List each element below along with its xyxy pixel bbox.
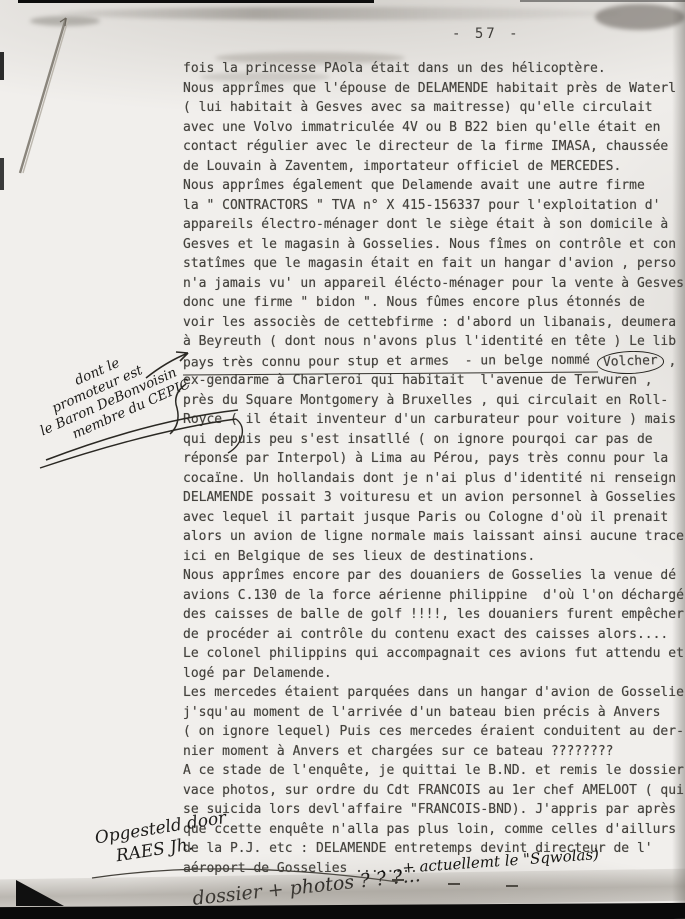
text-line: A ce stade de l'enquête, je quittai le B…: [183, 761, 683, 781]
text-line: alors un avion de ligne normale mais lai…: [183, 527, 683, 547]
scan-smudge: [60, 7, 620, 20]
text-line: DELAMENDE possait 3 voituresu et un avio…: [183, 488, 683, 508]
text-line: Nous apprîmes que l'épouse de DELAMENDE …: [183, 79, 683, 99]
text-line: Nous apprîmes encore par des douaniers d…: [183, 566, 683, 586]
text-line: ici en Belgique de ses lieux de destinat…: [183, 547, 683, 567]
text-line: logé par Delamende.: [183, 664, 683, 684]
text-line: des caisses de balle de golf !!!!, les d…: [183, 605, 683, 625]
text-line: vace photos, sur ordre du Cdt FRANCOIS a…: [183, 781, 683, 801]
text-line: statîmes que le magasin était en fait un…: [183, 254, 683, 274]
hand-drawn-arrow: [140, 344, 204, 386]
text-line: Nous apprîmes également que Delamende av…: [183, 176, 683, 196]
hand-drawn-swoosh: [36, 408, 251, 478]
text-line: à Beyreuth ( dont nous n'avons plus l'id…: [183, 332, 683, 352]
text-line: avec lequel il partait jusque Paris ou C…: [183, 508, 683, 528]
typed-lines: fois la princesse PAola était dans un de…: [183, 59, 683, 878]
text-line: de procéder ai contrôle du contenu exact…: [183, 625, 683, 645]
text-line: Gesves et le magasin à Gosselies. Nous f…: [183, 235, 683, 255]
text-line: se suicida lors devl'affaire "FRANCOIS-B…: [183, 800, 683, 820]
text-line: Le colonel philippins qui accompagnait c…: [183, 644, 683, 664]
text-line: que ccette enquête n'alla pas plus loin,…: [183, 820, 683, 840]
scan-edge-bar: [18, 0, 374, 3]
text-line: avions C.130 de la force aérienne philip…: [183, 586, 683, 606]
hand-drawn-brace: [168, 382, 190, 438]
scan-edge-bar: [520, 0, 685, 2]
text-line: de Louvain à Zaventem, importateur offic…: [183, 157, 683, 177]
text-line: Royce ( il était inventeur d'un carburat…: [183, 410, 683, 430]
text-line: fois la princesse PAola était dans un de…: [183, 59, 683, 79]
text-line: appareils électro-ménager dont le siège …: [183, 215, 683, 235]
text-line: Les mercedes étaient parquées dans un ha…: [183, 683, 683, 703]
page-number: - 57 -: [452, 26, 521, 42]
text-line: nier moment à Anvers et chargées sur ce …: [183, 742, 683, 762]
text-line: n'a jamais vu' un appareil élécto-ménage…: [183, 274, 683, 294]
text-line: cocaïne. Un hollandais dont je n'ai plus…: [183, 469, 683, 489]
text-line: pays très connu pour stup et armes - un …: [183, 352, 683, 372]
text-line: voir les associès de cettebfirme : d'abo…: [183, 313, 683, 333]
text-line: j'squ'au moment de l'arrivée d'un bateau…: [183, 703, 683, 723]
text-line: ( on ignore lequel) Puis ces mercedes ér…: [183, 722, 683, 742]
text-line: la " CONTRACTORS " TVA n° X 415-156337 p…: [183, 196, 683, 216]
text-line: réponse par Interpol) à Lima au Pérou, p…: [183, 449, 683, 469]
underlined-text: pays très connu pour stup et armes - un …: [183, 350, 598, 374]
text-line: avec une Volvo immatriculée 4V ou B B22 …: [183, 118, 683, 138]
scan-mark: [0, 52, 4, 80]
crease-line: [8, 8, 78, 183]
text-line: donc une firme " bidon ". Nous fûmes enc…: [183, 293, 683, 313]
circled-word: Volcher: [596, 349, 664, 374]
text-line: près du Square Montgomery à Bruxelles , …: [183, 391, 683, 411]
text-line: qui depuis peu s'est insatllé ( on ignor…: [183, 430, 683, 450]
text-line: contact régulier avec le directeur de la…: [183, 137, 683, 157]
text-line: ( lui habitait à Gesves avec sa maitress…: [183, 98, 683, 118]
scan-mark: [0, 158, 4, 190]
document-page: - 57 - fois la princesse PAola était dan…: [0, 0, 685, 919]
